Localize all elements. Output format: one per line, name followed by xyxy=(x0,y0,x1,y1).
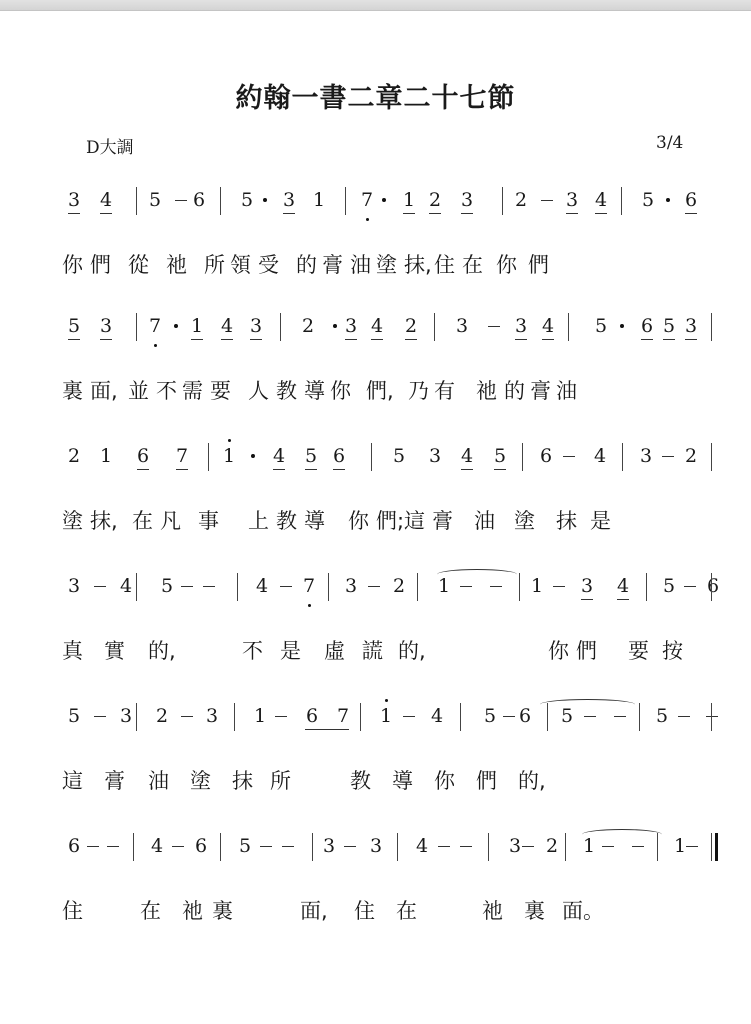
barline xyxy=(522,443,523,471)
lyric-syllable: 需 xyxy=(182,375,203,405)
sustain-dash xyxy=(175,200,187,201)
lyric-syllable: 祂 xyxy=(476,375,497,405)
lyric-syllable: 你 xyxy=(434,765,455,795)
barline xyxy=(220,833,221,861)
lyric-syllable: 的, xyxy=(518,765,546,795)
note: 4 xyxy=(255,574,269,598)
note: 7 xyxy=(175,444,189,468)
lyric-syllable: 人 xyxy=(248,375,269,405)
lyric-line: 住在祂裏面,住在祂裏面。 xyxy=(0,895,751,929)
note: 6 xyxy=(136,444,150,468)
lyric-syllable: 住 xyxy=(434,249,455,279)
lyric-syllable: 事 xyxy=(198,505,219,535)
note: 3 xyxy=(344,314,358,338)
sustain-dash xyxy=(490,586,502,587)
sustain-dash xyxy=(686,846,698,847)
note: 7 xyxy=(336,704,350,728)
lyric-syllable: 們 xyxy=(476,765,497,795)
note: 3 xyxy=(580,574,594,598)
note: 5 xyxy=(655,704,669,728)
lyric-syllable: 你 xyxy=(62,249,83,279)
barline xyxy=(622,443,623,471)
lyric-syllable: 抹 xyxy=(556,505,577,535)
note: 3 xyxy=(67,188,81,212)
lyric-syllable: 抹, xyxy=(90,505,118,535)
lyric-syllable: 抹 xyxy=(232,765,253,795)
note: 6 xyxy=(192,188,206,212)
sustain-dash xyxy=(368,586,380,587)
sustain-dash xyxy=(280,586,292,587)
barline xyxy=(220,187,221,215)
note: 2 xyxy=(428,188,442,212)
lyric-syllable: 導 xyxy=(392,765,413,795)
lyric-syllable: 在 xyxy=(140,895,161,925)
note: 2 xyxy=(545,834,559,858)
notation-system: 3454732113456 xyxy=(0,573,751,613)
song-title: 約翰一書二章二十七節 xyxy=(0,76,751,115)
note: 7 xyxy=(302,574,316,598)
note: 7 xyxy=(148,314,162,338)
note: 5 xyxy=(594,314,608,338)
barline xyxy=(646,573,647,601)
augmentation-dot xyxy=(251,454,255,458)
sustain-dash xyxy=(107,846,119,847)
note: 5 xyxy=(67,704,81,728)
note: 1 xyxy=(222,444,236,468)
barline xyxy=(345,187,346,215)
lyric-syllable: 真 xyxy=(62,635,83,665)
sustain-dash xyxy=(553,586,565,587)
lyric-syllable: 這 xyxy=(62,765,83,795)
lyric-syllable: 謊 xyxy=(362,635,383,665)
sustain-dash xyxy=(632,846,644,847)
note: 3 xyxy=(639,444,653,468)
barline xyxy=(417,573,418,601)
barline xyxy=(328,573,329,601)
sustain-dash xyxy=(662,456,674,457)
augmentation-dot xyxy=(620,324,624,328)
note: 1 xyxy=(253,704,267,728)
sustain-dash xyxy=(522,846,534,847)
tie-arc xyxy=(437,569,517,580)
barline xyxy=(280,313,281,341)
augmentation-dot xyxy=(263,198,267,202)
note: 4 xyxy=(220,314,234,338)
note: 4 xyxy=(593,444,607,468)
note: 3 xyxy=(119,704,133,728)
top-toolbar-strip xyxy=(0,0,751,11)
note: 1 xyxy=(530,574,544,598)
lyric-syllable: 乃 xyxy=(408,375,429,405)
lyric-syllable: 這 xyxy=(404,505,425,535)
lyric-line: 真實的,不是虛謊的,你們要按 xyxy=(0,635,751,669)
note: 3 xyxy=(508,834,522,858)
lyric-syllable: 膏 xyxy=(104,765,125,795)
lyric-syllable: 有 xyxy=(434,375,455,405)
sustain-dash xyxy=(614,716,626,717)
lyric-syllable: 面, xyxy=(300,895,328,925)
lyric-syllable: 凡 xyxy=(160,505,181,535)
notation-system: 5323167145655 xyxy=(0,703,751,743)
lyric-syllable: 裏 xyxy=(62,375,83,405)
augmentation-dot xyxy=(666,198,670,202)
note: 5 xyxy=(392,444,406,468)
note: 4 xyxy=(460,444,474,468)
barline xyxy=(711,443,712,471)
augmentation-dot xyxy=(382,198,386,202)
lyric-syllable: 不 xyxy=(242,635,263,665)
lyric-syllable: 是 xyxy=(590,505,611,535)
lyric-syllable: 你 xyxy=(330,375,351,405)
note: 6 xyxy=(706,574,720,598)
lyric-syllable: 裏 xyxy=(524,895,545,925)
sustain-dash xyxy=(438,846,450,847)
note: 5 xyxy=(238,834,252,858)
lyric-syllable: 的, xyxy=(148,635,176,665)
barline xyxy=(711,313,712,341)
note: 5 xyxy=(67,314,81,338)
sustain-dash xyxy=(460,846,472,847)
barline xyxy=(371,443,372,471)
lyric-syllable: 祂 xyxy=(166,249,187,279)
augmentation-dot xyxy=(333,324,337,328)
lyric-syllable: 膏 xyxy=(432,505,453,535)
lyric-syllable: 住 xyxy=(62,895,83,925)
barline xyxy=(208,443,209,471)
note: 3 xyxy=(205,704,219,728)
lyric-syllable: 按 xyxy=(662,635,683,665)
lyric-syllable: 們, xyxy=(366,375,394,405)
note: 5 xyxy=(240,188,254,212)
note: 1 xyxy=(379,704,393,728)
note: 3 xyxy=(99,314,113,338)
note: 1 xyxy=(99,444,113,468)
sustain-dash xyxy=(282,846,294,847)
note: 3 xyxy=(249,314,263,338)
note: 3 xyxy=(322,834,336,858)
lyric-syllable: 油 xyxy=(474,505,495,535)
sustain-dash xyxy=(488,326,500,327)
lyric-syllable: 的 xyxy=(296,249,317,279)
note: 4 xyxy=(272,444,286,468)
lyric-line: 這膏油塗抹所教導你們的, xyxy=(0,765,751,799)
lyric-line: 塗抹,在凡事上教導你們;這膏油塗抹是 xyxy=(0,505,751,539)
lyric-syllable: 們 xyxy=(90,249,111,279)
note: 1 xyxy=(402,188,416,212)
lyric-syllable: 導 xyxy=(304,505,325,535)
sustain-dash xyxy=(275,716,287,717)
sustain-dash xyxy=(403,716,415,717)
sustain-dash xyxy=(684,586,696,587)
beam-underline xyxy=(305,729,337,730)
note: 1 xyxy=(190,314,204,338)
note: 3 xyxy=(684,314,698,338)
note: 5 xyxy=(493,444,507,468)
sustain-dash xyxy=(503,716,515,717)
lyric-syllable: 從 xyxy=(128,249,149,279)
note: 2 xyxy=(514,188,528,212)
lyric-syllable: 在 xyxy=(132,505,153,535)
sustain-dash xyxy=(260,846,272,847)
barline xyxy=(136,703,137,731)
note: 4 xyxy=(415,834,429,858)
time-signature: 3/4 xyxy=(656,133,683,153)
lyric-syllable: 油 xyxy=(350,249,371,279)
note: 5 xyxy=(148,188,162,212)
lyric-syllable: 你 xyxy=(348,505,369,535)
note: 1 xyxy=(312,188,326,212)
note: 3 xyxy=(428,444,442,468)
tie-arc xyxy=(582,829,662,840)
lyric-syllable: 教 xyxy=(350,765,371,795)
barline xyxy=(397,833,398,861)
barline xyxy=(312,833,313,861)
note: 5 xyxy=(160,574,174,598)
note: 5 xyxy=(483,704,497,728)
lyric-syllable: 面。 xyxy=(562,895,604,925)
note: 3 xyxy=(67,574,81,598)
note: 3 xyxy=(282,188,296,212)
notation-system: 53714323423345653 xyxy=(0,313,751,353)
lyric-syllable: 塗 xyxy=(376,249,397,279)
sustain-dash xyxy=(181,716,193,717)
note: 4 xyxy=(541,314,555,338)
lyric-syllable: 所 xyxy=(204,249,225,279)
sustain-dash xyxy=(706,716,718,717)
barline xyxy=(502,187,503,215)
lyric-syllable: 油 xyxy=(148,765,169,795)
note: 5 xyxy=(641,188,655,212)
note: 6 xyxy=(332,444,346,468)
note: 4 xyxy=(370,314,384,338)
note: 2 xyxy=(404,314,418,338)
note: 6 xyxy=(640,314,654,338)
lyric-syllable: 們 xyxy=(576,635,597,665)
barline xyxy=(360,703,361,731)
lyric-syllable: 導 xyxy=(304,375,325,405)
lyric-syllable: 你 xyxy=(496,249,517,279)
lyric-syllable: 裏 xyxy=(212,895,233,925)
lyric-syllable: 你 xyxy=(548,635,569,665)
lyric-syllable: 所 xyxy=(270,765,291,795)
notation-system: 3456531712323456 xyxy=(0,187,751,227)
note: 2 xyxy=(301,314,315,338)
barline xyxy=(711,703,712,731)
lyric-syllable: 油 xyxy=(556,375,577,405)
note: 4 xyxy=(594,188,608,212)
sustain-dash xyxy=(460,586,472,587)
note: 6 xyxy=(305,704,319,728)
augmentation-dot xyxy=(174,324,178,328)
note: 5 xyxy=(662,314,676,338)
sustain-dash xyxy=(541,200,553,201)
barline xyxy=(434,313,435,341)
lyric-syllable: 領 xyxy=(230,249,251,279)
sustain-dash xyxy=(94,716,106,717)
lyric-syllable: 是 xyxy=(280,635,301,665)
note: 6 xyxy=(194,834,208,858)
lyric-line: 你們從祂所領受的膏油塗抹,住在你們 xyxy=(0,249,751,283)
lyric-syllable: 塗 xyxy=(62,505,83,535)
barline xyxy=(711,573,712,601)
sustain-dash xyxy=(203,586,215,587)
barline xyxy=(133,833,134,861)
lyric-syllable: 面, xyxy=(90,375,118,405)
lyric-syllable: 要 xyxy=(210,375,231,405)
lyric-syllable: 住 xyxy=(354,895,375,925)
lyric-syllable: 並 xyxy=(128,375,149,405)
lyric-syllable: 不 xyxy=(156,375,177,405)
note: 3 xyxy=(460,188,474,212)
lyric-syllable: 的, xyxy=(398,635,426,665)
note: 2 xyxy=(392,574,406,598)
sustain-dash xyxy=(678,716,690,717)
lyric-syllable: 虛 xyxy=(324,635,345,665)
note: 2 xyxy=(155,704,169,728)
note: 3 xyxy=(565,188,579,212)
note: 6 xyxy=(67,834,81,858)
lyric-syllable: 膏 xyxy=(530,375,551,405)
notation-system: 64653343211 xyxy=(0,833,751,873)
note: 4 xyxy=(150,834,164,858)
barline xyxy=(136,573,137,601)
barline xyxy=(565,833,566,861)
barline xyxy=(568,313,569,341)
lyric-syllable: 受 xyxy=(258,249,279,279)
lyric-syllable: 教 xyxy=(276,505,297,535)
note: 1 xyxy=(673,834,687,858)
lyric-line: 裏面,並不需要人教導你們,乃有祂的膏油 xyxy=(0,375,751,409)
note: 3 xyxy=(369,834,383,858)
note: 7 xyxy=(360,188,374,212)
notation-system: 2167145653456432 xyxy=(0,443,751,483)
barline xyxy=(621,187,622,215)
lyric-syllable: 教 xyxy=(276,375,297,405)
barline xyxy=(460,703,461,731)
barline xyxy=(711,833,712,861)
key-signature: D大調 xyxy=(86,133,134,158)
note: 3 xyxy=(455,314,469,338)
lyric-syllable: 實 xyxy=(104,635,125,665)
barline xyxy=(234,703,235,731)
barline xyxy=(519,573,520,601)
lyric-syllable: 塗 xyxy=(514,505,535,535)
barline xyxy=(136,187,137,215)
lyric-syllable: 的 xyxy=(504,375,525,405)
lyric-syllable: 們; xyxy=(376,505,404,535)
lyric-syllable: 上 xyxy=(248,505,269,535)
note: 6 xyxy=(684,188,698,212)
lyric-syllable: 塗 xyxy=(190,765,211,795)
note: 4 xyxy=(430,704,444,728)
sustain-dash xyxy=(94,586,106,587)
note: 6 xyxy=(518,704,532,728)
lyric-syllable: 祂 xyxy=(482,895,503,925)
sustain-dash xyxy=(602,846,614,847)
sustain-dash xyxy=(87,846,99,847)
note: 4 xyxy=(616,574,630,598)
note: 3 xyxy=(514,314,528,338)
lyric-syllable: 們 xyxy=(528,249,549,279)
tie-arc xyxy=(540,699,635,710)
sustain-dash xyxy=(584,716,596,717)
sustain-dash xyxy=(172,846,184,847)
sustain-dash xyxy=(563,456,575,457)
note: 6 xyxy=(539,444,553,468)
lyric-syllable: 祂 xyxy=(182,895,203,925)
sustain-dash xyxy=(181,586,193,587)
lyric-syllable: 抹, xyxy=(404,249,432,279)
barline xyxy=(237,573,238,601)
lyric-syllable: 在 xyxy=(396,895,417,925)
barline xyxy=(639,703,640,731)
note: 2 xyxy=(684,444,698,468)
note: 2 xyxy=(67,444,81,468)
note: 5 xyxy=(662,574,676,598)
final-barline xyxy=(715,833,718,861)
lyric-syllable: 膏 xyxy=(322,249,343,279)
barline xyxy=(488,833,489,861)
note: 4 xyxy=(119,574,133,598)
note: 5 xyxy=(304,444,318,468)
lyric-syllable: 在 xyxy=(462,249,483,279)
note: 4 xyxy=(99,188,113,212)
sustain-dash xyxy=(344,846,356,847)
lyric-syllable: 要 xyxy=(628,635,649,665)
note: 3 xyxy=(344,574,358,598)
barline xyxy=(136,313,137,341)
